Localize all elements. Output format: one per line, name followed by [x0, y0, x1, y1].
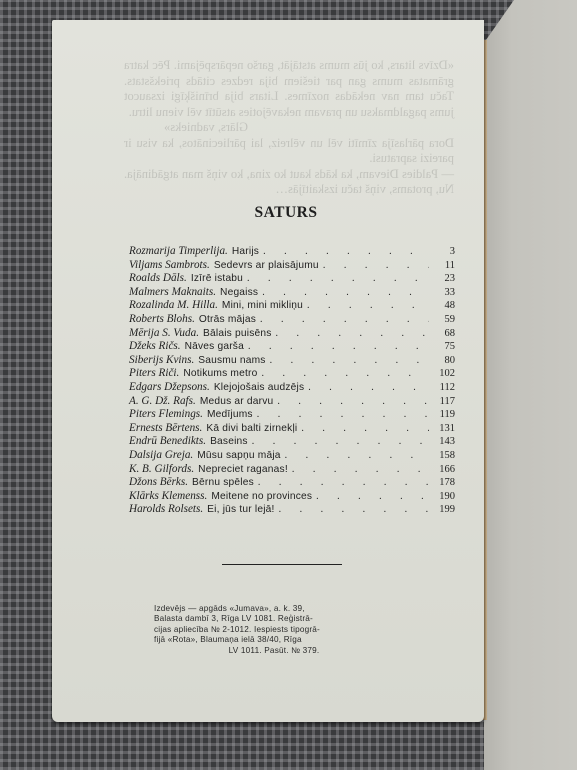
toc-author: Piters Flemings. [129, 408, 203, 420]
toc-leader-dots [262, 287, 429, 298]
toc-page-number: 80 [433, 355, 455, 366]
toc-author: Piters Riči. [129, 367, 179, 379]
toc-work: Meitene no provinces [211, 491, 312, 502]
toc-work: Mini, mini mikliņu [222, 300, 303, 311]
toc-leader-dots [252, 436, 429, 447]
imprint-line: cijas apliecība № 2-1012. Iespiests tipo… [154, 625, 394, 635]
toc-page-number: 112 [433, 382, 455, 393]
bleed-paragraph: «Dzīvs litars, ko jūs mums atstājāt, gar… [124, 58, 454, 120]
toc-page-number: 158 [433, 450, 455, 461]
toc-work: Ei, jūs tur lejā! [207, 504, 274, 515]
toc-entry: Edgars Džepsons. Klejojošais audzējs 112 [129, 381, 455, 395]
toc-page-number: 143 [433, 436, 455, 447]
toc-page-number: 33 [433, 287, 455, 298]
toc-page-number: 48 [433, 300, 455, 311]
toc-author: Rozalinda M. Hilla. [129, 299, 218, 311]
toc-author: Dalsija Greja. [129, 449, 193, 461]
toc-author: Viljams Sambrots. [129, 259, 210, 271]
toc-work: Sedevrs ar plaisājumu [214, 260, 319, 271]
page-title: SATURS [52, 204, 484, 222]
toc-page-number: 178 [433, 477, 455, 488]
toc-entry: Rozmarija Timperlija. Harijs 3 [129, 245, 455, 259]
toc-author: Edgars Džepsons. [129, 381, 210, 393]
toc-author: K. B. Gilfords. [129, 463, 194, 475]
toc-leader-dots [301, 423, 429, 434]
toc-author: Malmers Maknaits. [129, 286, 216, 298]
imprint-line: fijā «Rota», Blaumaņa ielā 38/40, Rīga [154, 635, 394, 645]
toc-page-number: 68 [433, 328, 455, 339]
toc-page-number: 199 [433, 504, 455, 515]
toc-author: A. G. Dž. Rafs. [129, 395, 196, 407]
toc-work: Klejojošais audzējs [214, 382, 304, 393]
toc-entry: Dalsija Greja. Mūsu sapņu māja 158 [129, 449, 455, 463]
toc-page-number: 166 [433, 464, 455, 475]
book-page: «Dzīvs litars, ko jūs mums atstājāt, gar… [52, 20, 484, 722]
toc-page-number: 119 [433, 409, 455, 420]
toc-page-number: 117 [433, 396, 455, 407]
toc-leader-dots [276, 328, 429, 339]
toc-leader-dots [316, 491, 429, 502]
bleed-through-text: «Dzīvs litars, ko jūs mums atstājāt, gar… [124, 58, 454, 198]
toc-author: Harolds Rolsets. [129, 503, 203, 515]
toc-page-number: 23 [433, 273, 455, 284]
toc-entry: Džons Bērks. Bērnu spēles 178 [129, 476, 455, 490]
toc-leader-dots [307, 300, 429, 311]
imprint-line: LV 1011. Pasūt. № 379. [154, 646, 394, 656]
toc-work: Nepreciet raganas! [198, 464, 288, 475]
toc-leader-dots [260, 314, 429, 325]
toc-leader-dots [292, 464, 429, 475]
section-divider [222, 564, 342, 565]
toc-leader-dots [308, 382, 429, 393]
toc-work: Nāves garša [185, 341, 244, 352]
toc-author: Endrū Benedikts. [129, 435, 206, 447]
toc-entry: Piters Flemings. Medījums 119 [129, 408, 455, 422]
toc-leader-dots [279, 504, 429, 515]
toc-page-number: 3 [433, 246, 455, 257]
toc-leader-dots [258, 477, 429, 488]
toc-entry: Klārks Klemenss. Meitene no provinces 19… [129, 490, 455, 504]
toc-leader-dots [248, 341, 429, 352]
toc-work: Notikums metro [183, 368, 257, 379]
toc-work: Bālais puisēns [203, 328, 272, 339]
toc-page-number: 131 [433, 423, 455, 434]
toc-entry: Viljams Sambrots. Sedevrs ar plaisājumu … [129, 259, 455, 273]
toc-leader-dots [270, 355, 429, 366]
toc-entry: Endrū Benedikts. Baseins 143 [129, 435, 455, 449]
toc-work: Harijs [232, 246, 259, 257]
toc-entry: Harolds Rolsets. Ei, jūs tur lejā! 199 [129, 503, 455, 517]
publisher-imprint: Izdevējs — apgāds «Jumava», a. k. 39, Ba… [154, 604, 394, 656]
toc-work: Kā divi balti zirnekļi [206, 423, 297, 434]
toc-entry: Mērija S. Vuda. Bālais puisēns 68 [129, 327, 455, 341]
toc-leader-dots [323, 260, 429, 271]
toc-author: Rozmarija Timperlija. [129, 245, 228, 257]
toc-work: Medījums [207, 409, 253, 420]
toc-entry: Rozalinda M. Hilla. Mini, mini mikliņu 4… [129, 299, 455, 313]
toc-entry: Ernests Bērtens. Kā divi balti zirnekļi … [129, 422, 455, 436]
toc-work: Bērnu spēles [192, 477, 254, 488]
toc-entry: Roalds Dāls. Izīrē istabu 23 [129, 272, 455, 286]
toc-entry: A. G. Dž. Rafs. Medus ar darvu 117 [129, 395, 455, 409]
toc-entry: Malmers Maknaits. Negaiss 33 [129, 286, 455, 300]
toc-work: Negaiss [220, 287, 258, 298]
toc-entry: Siberijs Kvins. Sausmu nams 80 [129, 354, 455, 368]
toc-leader-dots [261, 368, 429, 379]
toc-entry: Piters Riči. Notikums metro 102 [129, 367, 455, 381]
toc-leader-dots [247, 273, 429, 284]
toc-leader-dots [285, 450, 429, 461]
toc-page-number: 190 [433, 491, 455, 502]
toc-author: Džons Bērks. [129, 476, 188, 488]
toc-work: Otrās mājas [199, 314, 256, 325]
toc-author: Roalds Dāls. [129, 272, 187, 284]
toc-work: Baseins [210, 436, 248, 447]
toc-author: Ernests Bērtens. [129, 422, 202, 434]
toc-page-number: 102 [433, 368, 455, 379]
imprint-line: Izdevējs — apgāds «Jumava», a. k. 39, [154, 604, 394, 614]
toc-page-number: 75 [433, 341, 455, 352]
bleed-paragraph: Dora pārlasīja zīmīti vēl un vēlreiz, la… [124, 136, 454, 167]
toc-work: Mūsu sapņu māja [197, 450, 280, 461]
toc-page-number: 11 [433, 260, 455, 271]
toc-author: Siberijs Kvins. [129, 354, 194, 366]
toc-leader-dots [263, 246, 429, 257]
toc-entry: Roberts Blohs. Otrās mājas 59 [129, 313, 455, 327]
toc-leader-dots [277, 396, 429, 407]
bleed-signature: Glārs, vadnieks» [124, 120, 454, 136]
toc-entry: Džeks Ričs. Nāves garša 75 [129, 340, 455, 354]
bleed-paragraph: — Paldies Dievam, ka kāds kaut ko zina, … [124, 167, 454, 198]
toc-entry: K. B. Gilfords. Nepreciet raganas! 166 [129, 463, 455, 477]
table-of-contents: Rozmarija Timperlija. Harijs 3 Viljams S… [129, 245, 455, 517]
toc-work: Sausmu nams [198, 355, 265, 366]
toc-leader-dots [257, 409, 429, 420]
toc-work: Medus ar darvu [200, 396, 274, 407]
toc-page-number: 59 [433, 314, 455, 325]
toc-author: Roberts Blohs. [129, 313, 195, 325]
toc-author: Džeks Ričs. [129, 340, 181, 352]
toc-author: Mērija S. Vuda. [129, 327, 199, 339]
toc-work: Izīrē istabu [191, 273, 243, 284]
toc-author: Klārks Klemenss. [129, 490, 207, 502]
imprint-line: Balasta dambī 3, Rīga LV 1081. Reģistrā- [154, 614, 394, 624]
back-cover [484, 0, 577, 770]
